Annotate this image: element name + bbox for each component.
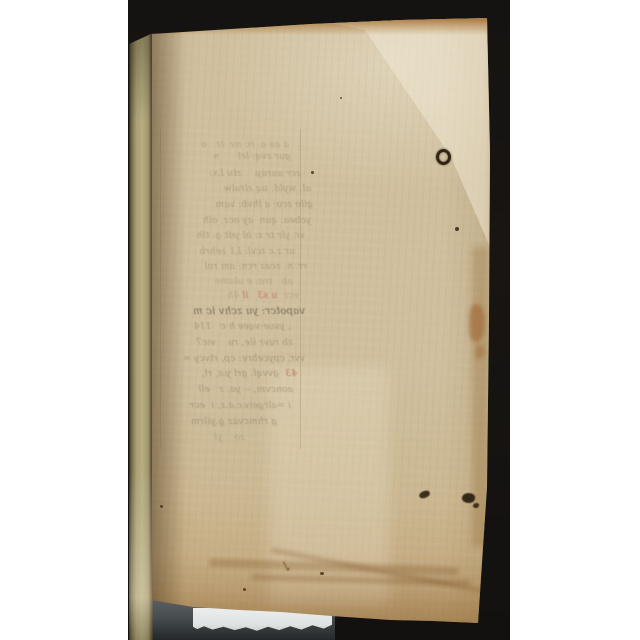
parchment-page: a ao a rc nv tr ogur zvq: lcl nzcr uuray… [151, 17, 491, 626]
rust-stain [469, 304, 485, 342]
manuscript-photograph: a ao a rc nv tr ogur zvq: lcl nzcr uuray… [0, 0, 640, 640]
ink-speck [340, 97, 342, 99]
ink-speck [160, 505, 163, 508]
check-shaped-stain: ✓ [278, 561, 293, 573]
dark-blob [473, 503, 479, 508]
dark-blob [461, 492, 476, 504]
rust-stain [475, 345, 485, 359]
gutter-page-edges [129, 30, 153, 640]
right-white-border [510, 0, 640, 640]
ink-speck [243, 588, 246, 591]
ink-speck [455, 227, 459, 231]
stains-and-marks-layer: ✓ [151, 17, 491, 626]
left-white-border [0, 0, 128, 640]
ink-speck [320, 572, 324, 575]
wormhole-stain [436, 149, 451, 165]
ink-speck [311, 171, 314, 174]
dark-blob [418, 490, 430, 500]
